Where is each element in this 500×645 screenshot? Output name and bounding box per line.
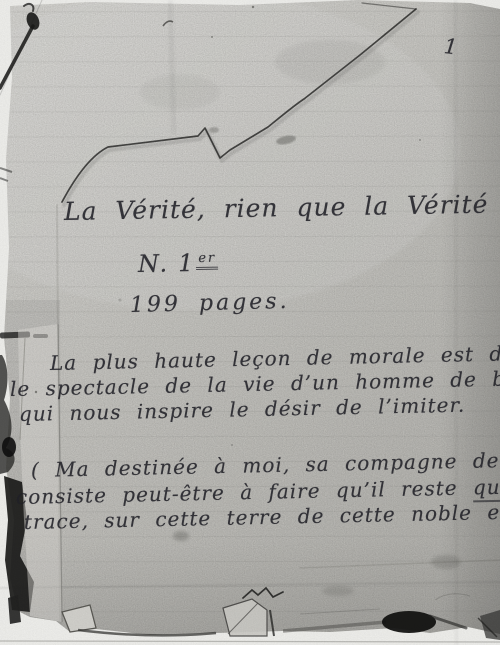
volume-ordinal-superscript: er — [196, 251, 218, 270]
page-count-line: 199 pages. — [130, 289, 290, 318]
volume-number-line: N.1er — [138, 249, 219, 278]
volume-number-prefix: N. — [138, 249, 170, 278]
page-number: 1 — [443, 34, 459, 59]
paper-surface-shading — [0, 0, 500, 645]
dedication-underlined-word: quelque — [473, 474, 500, 503]
paper-photo-background — [0, 0, 500, 645]
volume-numeral: 1 — [178, 249, 196, 277]
manuscript-photo: 1 La Vérité, rien que la Vérité N.1er 19… — [0, 0, 500, 645]
